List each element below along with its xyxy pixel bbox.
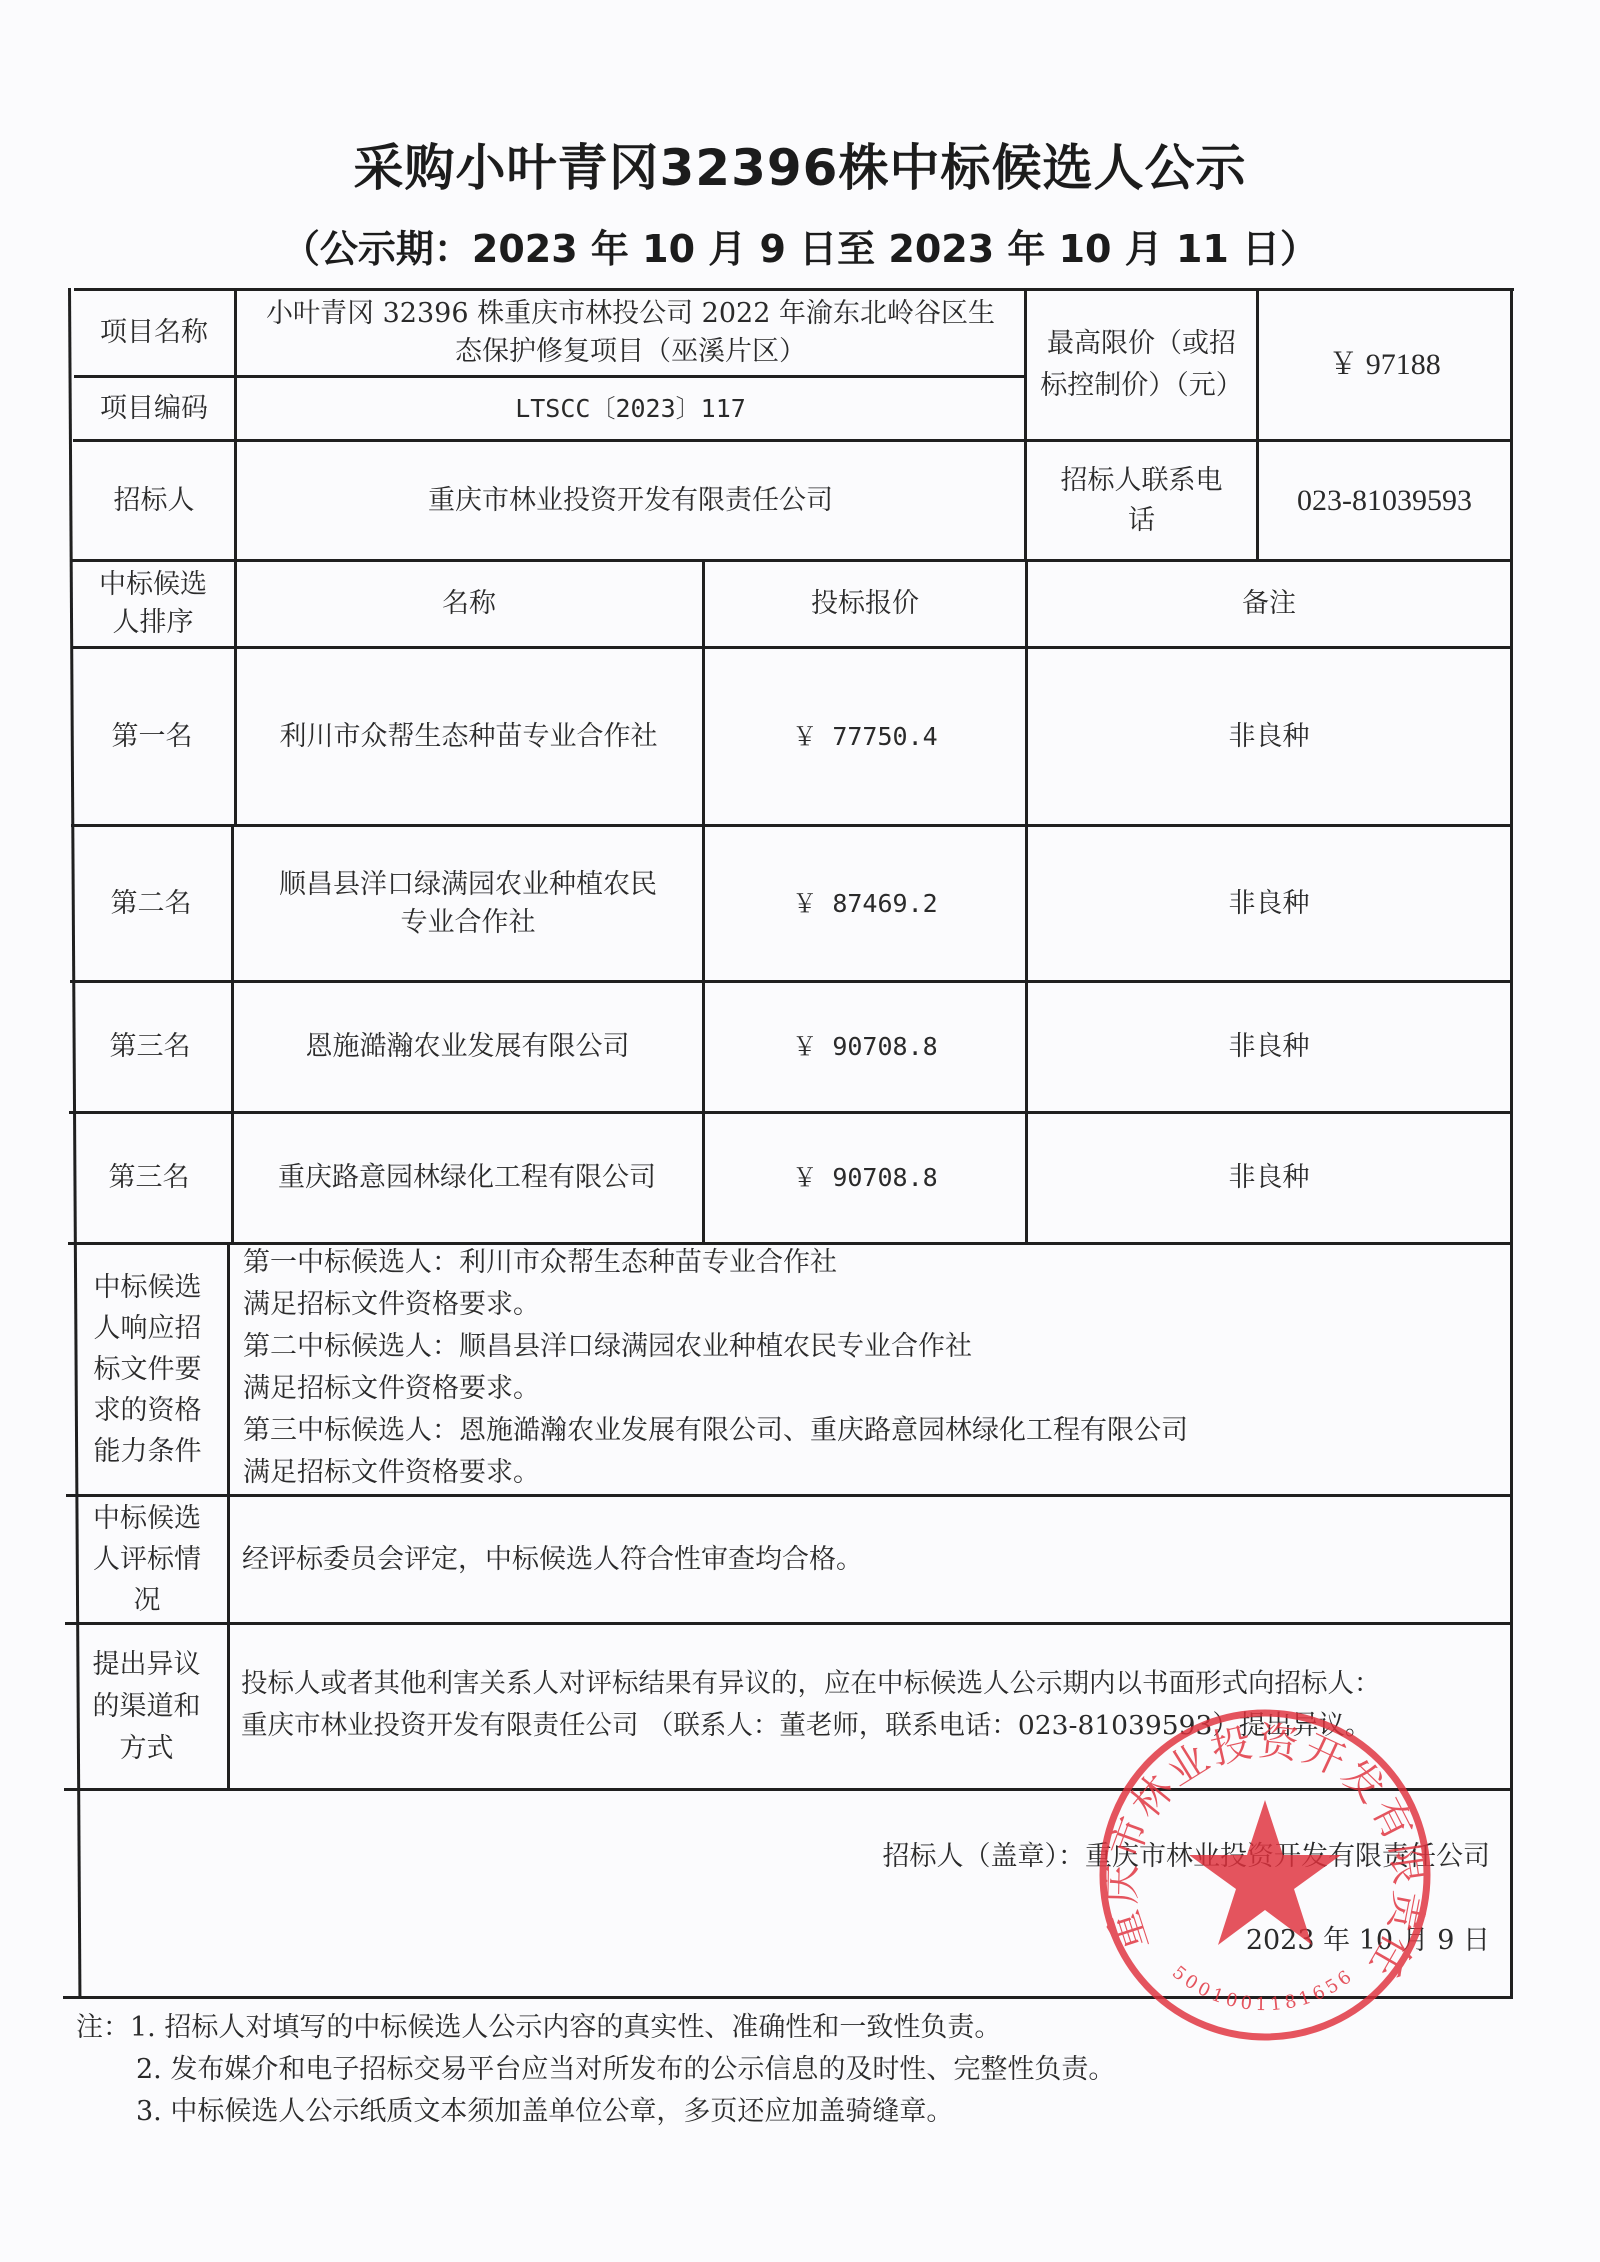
qualification-label: 中标候选 人响应招 标文件要 求的资格 能力条件 [68,1245,227,1494]
tenderer-phone-label-line2: 话 [1128,501,1155,541]
project-name-label: 项目名称 [74,291,234,375]
candidate-2-rank: 第二名 [71,827,231,980]
header-bid-price: 投标报价 [705,562,1025,646]
signature-date: 2023 年 10 月 9 日 [1246,1918,1490,1957]
candidate-name-line1: 顺昌县洋口绿满园农业种植农民 [279,866,657,904]
candidate-4-remark: 非良种 [1028,1114,1510,1242]
qualification-line: 满足招标文件资格要求。 [243,1284,1503,1326]
qualification-label-line: 求的资格 [94,1390,202,1431]
project-code-text: LTSCC〔2023〕117 [515,389,746,429]
evaluation-label-line: 况 [134,1580,161,1621]
candidate-1-name: 利川市众帮生态种苗专业合作社 [235,649,702,824]
page-title: 采购小叶青冈32396株中标候选人公示 [0,128,1600,200]
evaluation-label: 中标候选 人评标情 况 [67,1497,227,1622]
candidate-price-text: ￥ 90708.8 [792,1158,937,1198]
max-price-label: 最高限价（或招 标控制价）（元） [1027,291,1256,439]
evaluation-label-line: 人评标情 [93,1539,201,1580]
objection-line: 重庆市林业投资开发有限责任公司 （联系人：董老师，联系电话：023-810395… [241,1705,1511,1747]
header-rank: 中标候选 人排序 [73,562,233,646]
candidate-remark-text: 非良种 [1229,884,1310,924]
max-price-text: ￥ 97188 [1328,345,1441,385]
qualification-line: 第一中标候选人：利川市众帮生态种苗专业合作社 [243,1242,1503,1284]
candidate-3-price: ￥ 90708.8 [705,983,1025,1111]
row-line [64,1788,1511,1791]
tenderer-phone-label: 招标人联系电 话 [1027,442,1256,559]
objection-label: 提出异议 的渠道和 方式 [66,1625,227,1788]
tenderer-text: 重庆市林业投资开发有限责任公司 [428,481,833,521]
candidate-3-name: 恩施澔瀚农业发展有限公司 [233,983,702,1111]
candidate-rank-text: 第一名 [112,717,193,757]
seal-code: 5001001181656 [1168,1962,1359,2015]
evaluation-content: 经评标委员会评定，中标候选人符合性审查均合格。 [230,1497,1510,1622]
objection-line: 投标人或者其他利害关系人对评标结果有异议的，应在中标候选人公示期内以书面形式向招… [241,1663,1511,1705]
objection-label-line: 提出异议 [93,1644,201,1686]
candidate-rank-text: 第三名 [110,1027,191,1067]
candidate-name-line1: 利川市众帮生态种苗专业合作社 [280,717,658,757]
qualification-line: 第二中标候选人：顺昌县洋口绿满园农业种植农民专业合作社 [243,1326,1503,1368]
qualification-label-line: 标文件要 [94,1349,202,1390]
qualification-line: 第三中标候选人：恩施澔瀚农业发展有限公司、重庆路意园林绿化工程有限公司 [243,1410,1503,1452]
project-name-label-text: 项目名称 [100,313,208,353]
candidate-name-line1: 重庆路意园林绿化工程有限公司 [278,1158,656,1198]
candidate-4-name: 重庆路意园林绿化工程有限公司 [232,1114,702,1242]
candidate-3-rank: 第三名 [70,983,230,1111]
candidate-name-line1: 恩施澔瀚农业发展有限公司 [306,1027,630,1067]
qualification-line: 满足招标文件资格要求。 [243,1452,1503,1494]
tenderer-phone-value: 023-81039593 [1259,442,1510,559]
candidate-rank-text: 第三名 [109,1158,190,1198]
candidate-price-text: ￥ 87469.2 [792,884,937,924]
row-line [65,1622,1511,1625]
evaluation-text: 经评标委员会评定，中标候选人符合性审查均合格。 [242,1540,863,1580]
candidate-2-remark: 非良种 [1028,827,1510,980]
max-price-label-line1: 最高限价（或招 [1047,323,1236,365]
note-3: 3. 中标候选人公示纸质文本须加盖单位公章，多页还应加盖骑缝章。 [136,2089,953,2128]
candidate-2-price: ￥ 87469.2 [705,827,1025,980]
header-name: 名称 [236,562,702,646]
candidate-name-line2: 专业合作社 [401,904,536,942]
candidate-1-remark: 非良种 [1028,649,1510,824]
qualification-label-line: 人响应招 [94,1308,202,1349]
qualification-label-line: 中标候选 [94,1267,202,1308]
evaluation-label-line: 中标候选 [93,1498,201,1539]
candidate-4-rank: 第三名 [69,1114,229,1242]
candidate-remark-text: 非良种 [1229,1027,1310,1067]
objection-content: 投标人或者其他利害关系人对评标结果有异议的，应在中标候选人公示期内以书面形式向招… [241,1663,1511,1747]
header-rank-line2: 人排序 [113,604,194,642]
max-price-value: ￥ 97188 [1259,291,1510,439]
project-code-label-text: 项目编码 [100,389,208,429]
table-border-bottom [63,1996,1510,1999]
header-rank-line1: 中标候选 [99,566,207,604]
project-name-line2: 态保护修复项目（巫溪片区） [455,333,806,371]
candidate-1-rank: 第一名 [72,649,232,824]
project-code-label: 项目编码 [74,378,234,439]
note-1: 注：1. 招标人对填写的中标候选人公示内容的真实性、准确性和一致性负责。 [76,2005,1001,2044]
max-price-label-line2: 标控制价）（元） [1040,365,1243,407]
tenderer-label: 招标人 [74,442,234,559]
project-code-value: LTSCC〔2023〕117 [237,378,1024,439]
project-name-value: 小叶青冈 32396 株重庆市林投公司 2022 年渝东北岭谷区生 态保护修复项… [237,291,1024,375]
tenderer-phone-label-line1: 招标人联系电 [1061,461,1223,501]
tenderer-phone-text: 023-81039593 [1297,481,1472,521]
candidate-price-text: ￥ 90708.8 [792,1027,937,1067]
candidate-2-name: 顺昌县洋口绿满园农业种植农民 专业合作社 [234,827,702,980]
candidate-price-text: ￥ 77750.4 [792,717,937,757]
tenderer-label-text: 招标人 [114,481,195,521]
candidate-remark-text: 非良种 [1229,717,1310,757]
publicity-period: （公示期：2023 年 10 月 9 日至 2023 年 10 月 11 日） [0,218,1600,273]
header-remark-text: 备注 [1242,584,1296,624]
qualification-label-line: 能力条件 [94,1431,202,1472]
tenderer-value: 重庆市林业投资开发有限责任公司 [237,442,1024,559]
header-remark: 备注 [1028,562,1510,646]
project-name-line1: 小叶青冈 32396 株重庆市林投公司 2022 年渝东北岭谷区生 [266,295,995,333]
objection-label-line: 的渠道和 [93,1686,201,1728]
header-name-text: 名称 [442,584,496,624]
note-2: 2. 发布媒介和电子招标交易平台应当对所发布的公示信息的及时性、完整性负责。 [136,2047,1115,2086]
svg-text:5001001181656: 5001001181656 [1168,1962,1359,2015]
qualification-line: 满足招标文件资格要求。 [243,1368,1503,1410]
candidate-rank-text: 第二名 [111,884,192,924]
candidate-1-price: ￥ 77750.4 [705,649,1025,824]
candidate-4-price: ￥ 90708.8 [705,1114,1025,1242]
qualification-content: 第一中标候选人：利川市众帮生态种苗专业合作社 满足招标文件资格要求。 第二中标候… [243,1242,1503,1494]
candidate-remark-text: 非良种 [1229,1158,1310,1198]
header-bid-price-text: 投标报价 [811,584,919,624]
signature-line: 招标人（盖章）：重庆市林业投资开发有限责任公司 [883,1834,1491,1873]
company-seal-stamp: 重庆市林业投资开发有限责任公司 5001001181656 [1095,1705,1435,2045]
objection-label-line: 方式 [120,1728,174,1770]
candidate-3-remark: 非良种 [1028,983,1510,1111]
